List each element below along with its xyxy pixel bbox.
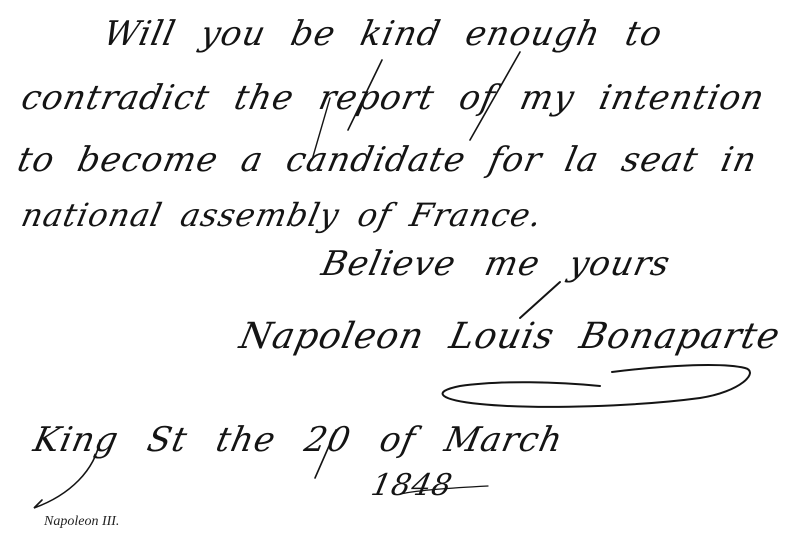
letter-line-3: to become a candidate for la seat in bbox=[14, 140, 761, 180]
closing-salutation: Believe me yours bbox=[318, 244, 674, 284]
letter-line-4: national assembly of France. bbox=[18, 196, 546, 234]
dateline-year: 1848 bbox=[368, 468, 456, 503]
letter-line-2: contradict the report of my intention bbox=[18, 78, 769, 118]
signature: Napoleon Louis Bonaparte bbox=[236, 316, 784, 357]
letter-line-1: Will you be kind enough to bbox=[100, 14, 666, 54]
dateline-place-date: King St the 20 of March bbox=[30, 420, 567, 460]
letter-page: Will you be kind enough to contradict th… bbox=[0, 0, 800, 549]
portrait-caption: Napoleon III. bbox=[44, 514, 119, 530]
